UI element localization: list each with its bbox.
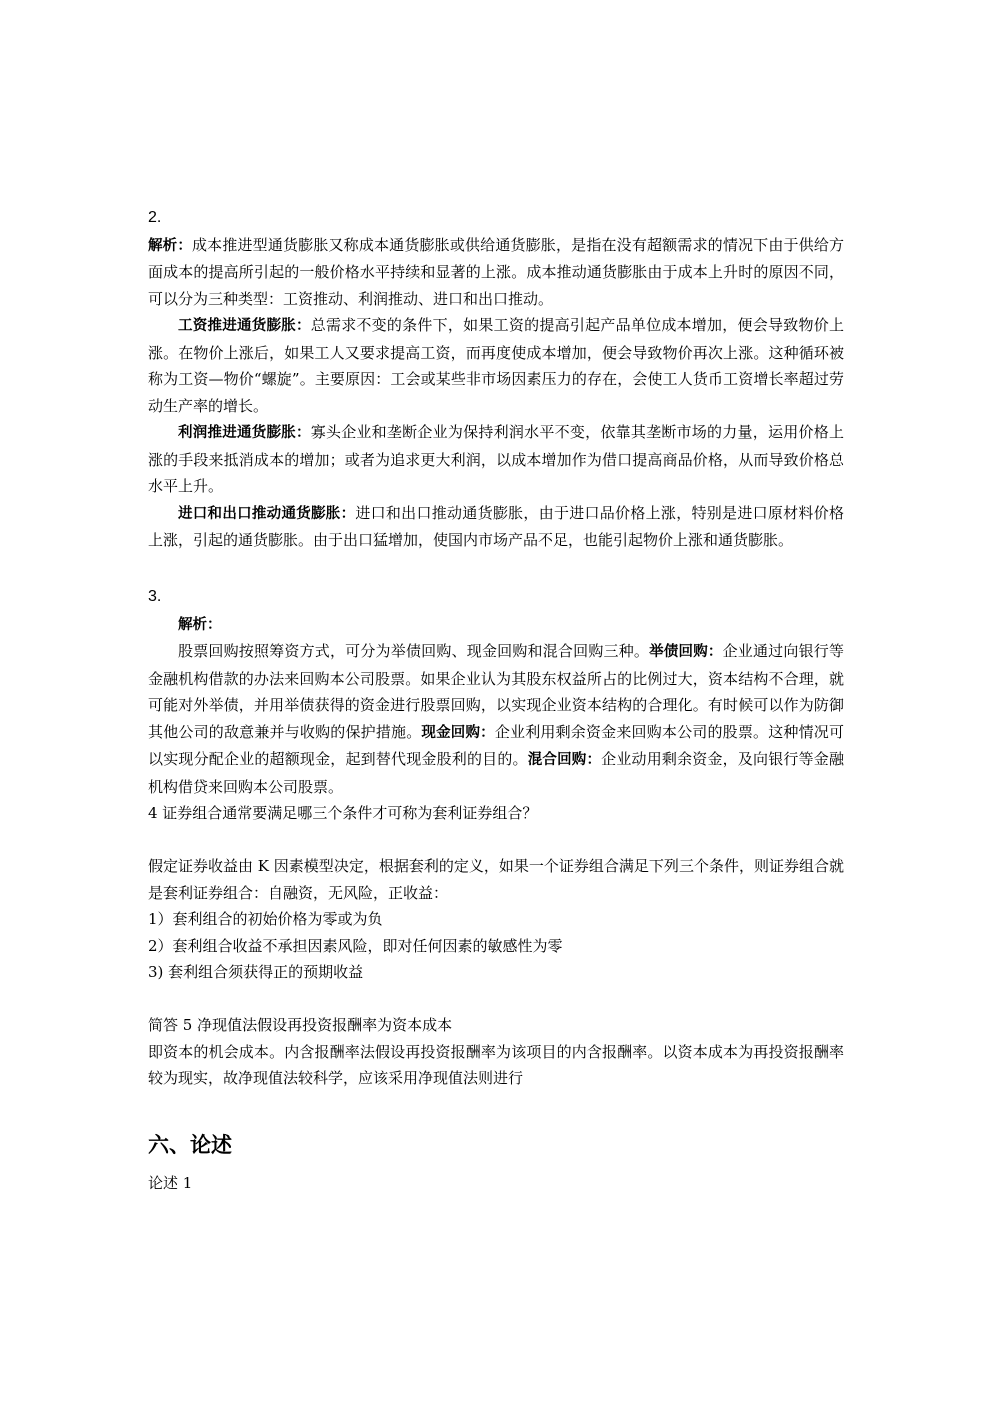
q2-intro-paragraph: 解析：成本推进型通货膨胀又称成本通货膨胀或供给通货膨胀，是指在没有超额需求的情况… bbox=[148, 232, 844, 313]
spacer bbox=[148, 986, 844, 1013]
analysis-label: 解析： bbox=[178, 617, 222, 633]
repurchase-intro-text: 股票回购按照筹资方式，可分为举债回购、现金回购和混合回购三种。 bbox=[178, 642, 649, 660]
q4-answer: 假定证券收益由 K 因素模型决定，根据套利的定义，如果一个证券组合满足下列三个条… bbox=[148, 853, 844, 906]
import-export-paragraph: 进口和出口推动通货膨胀：进口和出口推动通货膨胀，由于进口品价格上涨，特别是进口原… bbox=[148, 500, 844, 554]
import-export-label: 进口和出口推动通货膨胀： bbox=[178, 506, 355, 522]
profit-push-label: 利润推进通货膨胀： bbox=[178, 425, 311, 441]
q4-question: 4 证券组合通常要满足哪三个条件才可称为套利证券组合？ bbox=[148, 800, 844, 827]
mixed-repurchase-label: 混合回购： bbox=[528, 752, 601, 768]
debt-repurchase-label: 举债回购： bbox=[649, 644, 722, 660]
cash-repurchase-label: 现金回购： bbox=[421, 725, 494, 741]
wage-push-label: 工资推进通货膨胀： bbox=[178, 318, 311, 334]
question-number-2: 2. bbox=[148, 205, 844, 232]
essay-1-label: 论述 1 bbox=[148, 1170, 844, 1197]
q5-title: 简答 5 净现值法假设再投资报酬率为资本成本 bbox=[148, 1012, 844, 1039]
section-heading-essay: 六、论述 bbox=[148, 1130, 844, 1160]
q3-analysis-label-line: 解析： bbox=[148, 611, 844, 639]
spacer bbox=[148, 827, 844, 854]
q4-condition-3: 3) 套利组合须获得正的预期收益 bbox=[148, 959, 844, 986]
wage-push-paragraph: 工资推进通货膨胀：总需求不变的条件下，如果工资的提高引起产品单位成本增加，便会导… bbox=[148, 312, 844, 419]
question-number-3: 3. bbox=[148, 584, 844, 611]
q5-text: 即资本的机会成本。内含报酬率法假设再投资报酬率为该项目的内含报酬率。以资本成本为… bbox=[148, 1039, 844, 1092]
q2-intro-text: 成本推进型通货膨胀又称成本通货膨胀或供给通货膨胀，是指在没有超额需求的情况下由于… bbox=[148, 236, 844, 308]
spacer bbox=[148, 1160, 844, 1170]
document-page: 2. 解析：成本推进型通货膨胀又称成本通货膨胀或供给通货膨胀，是指在没有超额需求… bbox=[148, 205, 844, 1196]
q4-condition-1: 1）套利组合的初始价格为零或为负 bbox=[148, 906, 844, 933]
profit-push-paragraph: 利润推进通货膨胀：寡头企业和垄断企业为保持利润水平不变，依靠其垄断市场的力量，运… bbox=[148, 419, 844, 500]
spacer bbox=[148, 554, 844, 581]
spacer bbox=[148, 1092, 844, 1130]
share-repurchase-paragraph: 股票回购按照筹资方式，可分为举债回购、现金回购和混合回购三种。举债回购：企业通过… bbox=[148, 638, 844, 800]
q4-condition-2: 2）套利组合收益不承担因素风险，即对任何因素的敏感性为零 bbox=[148, 933, 844, 960]
analysis-label: 解析： bbox=[148, 238, 192, 254]
